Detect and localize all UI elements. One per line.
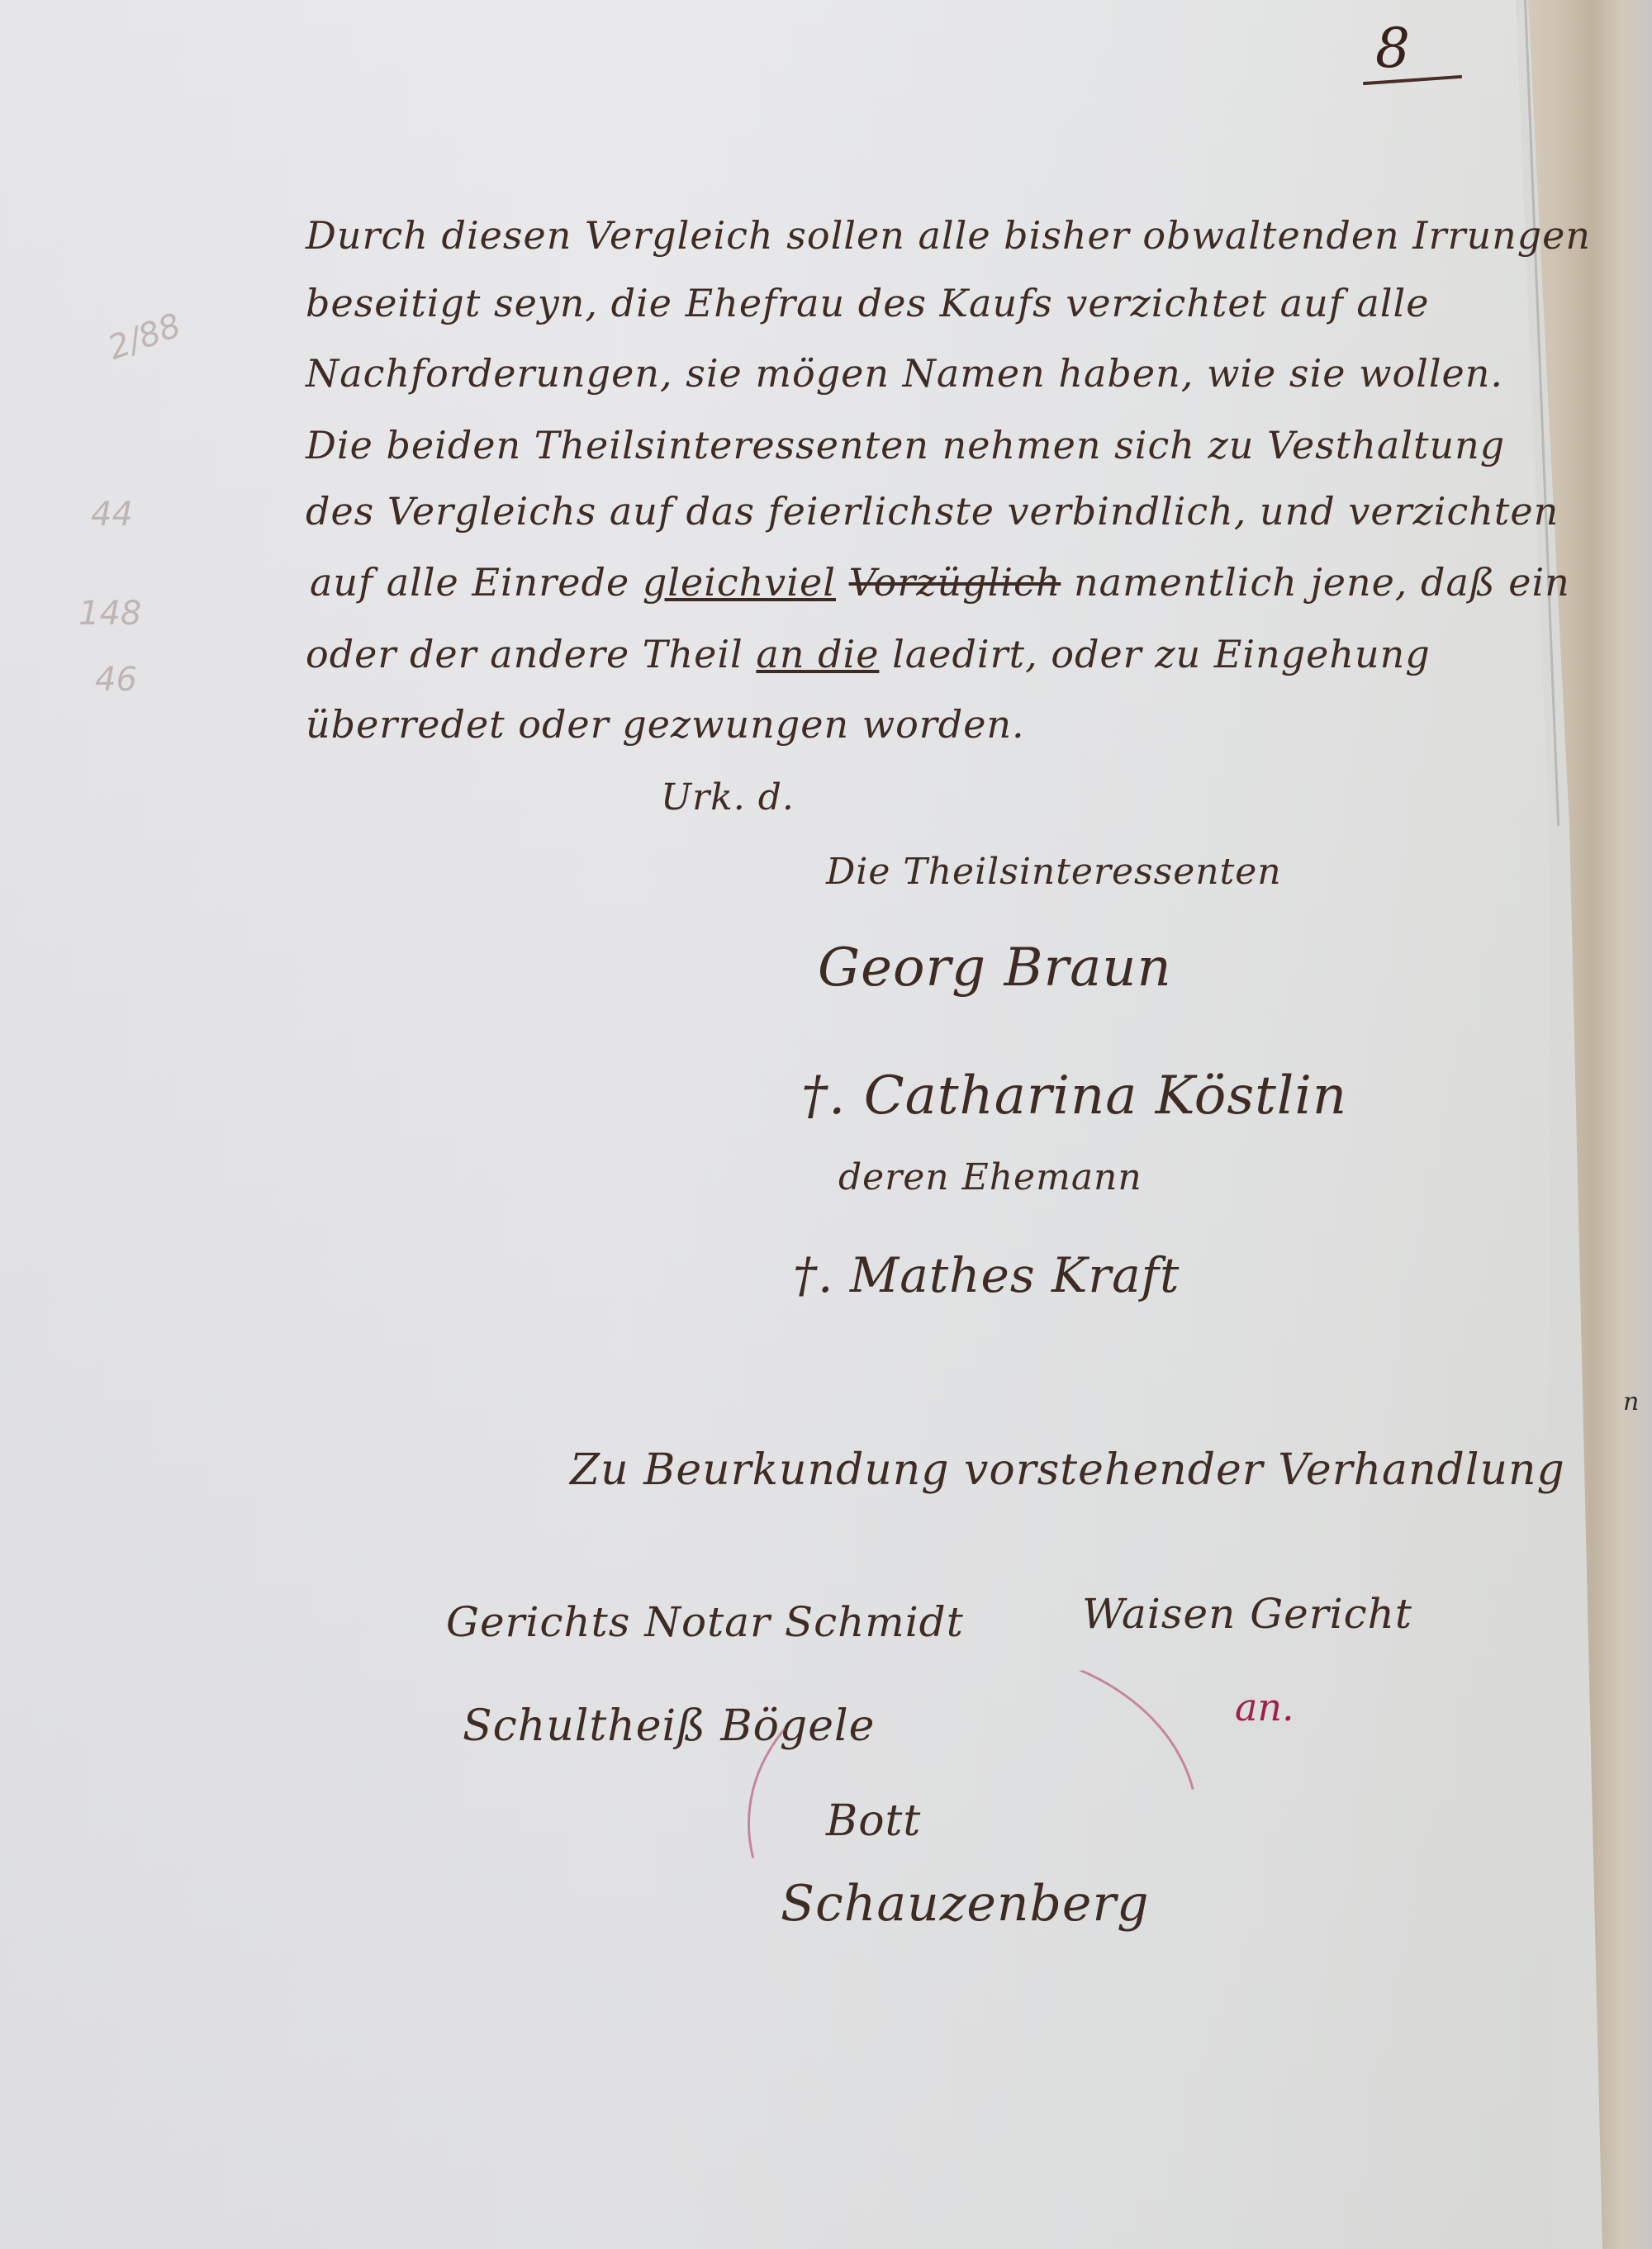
- closing-mark: Urk. d.: [661, 776, 795, 818]
- spouse-label: deren Ehemann: [838, 1156, 1142, 1198]
- body-text-underlined: an die: [756, 632, 879, 676]
- signature-georg-braun: Georg Braun: [818, 937, 1172, 999]
- body-line-5: des Vergleichs auf das feierlichste verb…: [306, 489, 1559, 534]
- signature-clerk: Schauzenberg: [781, 1875, 1150, 1933]
- signature-witness: Waisen Gericht: [1082, 1590, 1412, 1638]
- body-text: laedirt, oder zu Eingehung: [892, 632, 1431, 676]
- body-line-7: oder der andere Theil an die laedirt, od…: [306, 632, 1431, 676]
- body-text-underlined: gleichviel: [643, 560, 836, 605]
- body-line-3: Nachforderungen, sie mögen Namen haben, …: [306, 351, 1503, 396]
- signature-catharina-koestlin: †. Catharina Köstlin: [801, 1065, 1347, 1127]
- edge-mark: n: [1623, 1388, 1640, 1416]
- body-line-1: Durch diesen Vergleich sollen alle bishe…: [306, 213, 1591, 258]
- struck-through-word: Vorzüglich: [849, 560, 1061, 605]
- page-number: 8: [1375, 17, 1410, 80]
- attestation-heading: Zu Beurkundung vorstehender Verhandlung: [570, 1445, 1565, 1495]
- margin-note: 44: [91, 496, 133, 534]
- body-line-4: Die beiden Theilsinteressenten nehmen si…: [306, 423, 1505, 467]
- body-text: oder der andere Theil: [306, 632, 743, 676]
- red-annotation: an.: [1235, 1685, 1294, 1729]
- body-text: namentlich jene, daß ein: [1074, 560, 1570, 605]
- signature-notary: Gerichts Notar Schmidt: [446, 1598, 964, 1646]
- body-line-2: beseitigt seyn, die Ehefrau des Kaufs ve…: [306, 281, 1429, 325]
- clerk-title: Bott: [826, 1796, 921, 1846]
- signature-mathes-kraft: †. Mathes Kraft: [793, 1247, 1180, 1303]
- body-text: auf alle Einrede: [310, 560, 629, 605]
- parties-heading: Die Theilsinteressenten: [826, 851, 1282, 893]
- margin-note: 46: [95, 661, 137, 699]
- body-line-8: überredet oder gezwungen worden.: [306, 702, 1025, 747]
- body-line-6: auf alle Einrede gleichviel Vorzüglich n…: [310, 560, 1570, 605]
- margin-note: 148: [78, 595, 141, 633]
